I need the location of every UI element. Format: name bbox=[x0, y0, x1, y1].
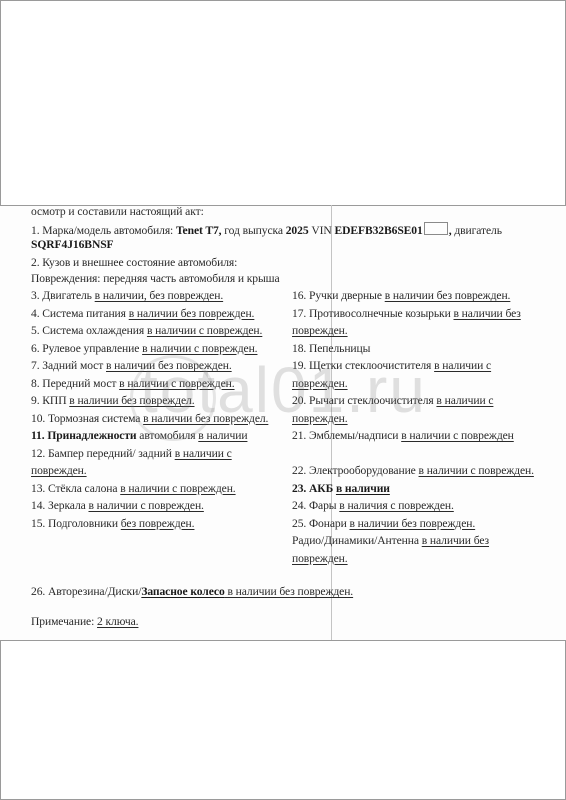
checklist-item: 3. Двигатель в наличии, без поврежден. bbox=[31, 289, 223, 303]
checklist-item: 24. Фары в наличия с поврежден. bbox=[292, 499, 454, 513]
item-value: в наличии с поврежден. bbox=[88, 499, 203, 512]
checklist-item: Радио/Динамики/Антенна в наличии без bbox=[292, 534, 489, 548]
car-model: Tenet T7, bbox=[176, 224, 222, 237]
item-label: 13. Стёкла салона bbox=[31, 482, 120, 495]
checklist-item: 4. Система питания в наличии без поврежд… bbox=[31, 307, 254, 321]
checklist-item: 20. Рычаги стеклоочистителя в наличии с bbox=[292, 394, 493, 408]
item-value: в наличии с поврежден bbox=[401, 429, 514, 442]
item-label: 7. Задний мост bbox=[31, 359, 106, 372]
item-2-damage: Повреждения: передняя часть автомобиля и… bbox=[31, 272, 280, 286]
item-label-bold: 23. АКБ bbox=[292, 482, 336, 495]
checklist-item: 12. Бампер передний/ задний в наличии с bbox=[31, 447, 232, 461]
item-label: 4. Система питания bbox=[31, 307, 129, 320]
item-1-line: 1. Марка/модель автомобиля: Tenet T7, го… bbox=[31, 222, 502, 238]
item-value: в наличии с поврежден. bbox=[147, 324, 262, 337]
checklist-item: 13. Стёкла салона в наличии с поврежден. bbox=[31, 482, 236, 496]
item-label: 24. Фары bbox=[292, 499, 339, 512]
item-value-continued: поврежден. bbox=[31, 464, 87, 478]
item-label: 8. Передний мост bbox=[31, 377, 119, 390]
item-26-line: 26. Авторезина/Диски/Запасное колесо в н… bbox=[31, 585, 353, 599]
intro-text: осмотр и составили настоящий акт: bbox=[31, 205, 204, 219]
item-26-label: 26. Авторезина/Диски/ bbox=[31, 585, 141, 598]
item-value: в наличии с bbox=[175, 447, 232, 460]
item-value: в наличии с bbox=[434, 359, 491, 372]
item-value: в наличии, без поврежден. bbox=[95, 289, 223, 302]
item-2-title: 2. Кузов и внешнее состояние автомобиля: bbox=[31, 256, 237, 270]
item-label: 3. Двигатель bbox=[31, 289, 95, 302]
item-label: 10. Тормозная система bbox=[31, 412, 143, 425]
item-value: в наличии без поврежден. bbox=[385, 289, 511, 302]
checklist-item: 16. Ручки дверные в наличии без поврежде… bbox=[292, 289, 510, 303]
item-value: в наличия с поврежден. bbox=[339, 499, 454, 512]
item-label: 22. Электрооборудование bbox=[292, 464, 419, 477]
item-label: 19. Щетки стеклоочистителя bbox=[292, 359, 434, 372]
item-label: 25. Фонари bbox=[292, 517, 350, 530]
item-value-continued: поврежден. bbox=[292, 412, 348, 426]
note-label: Примечание: bbox=[31, 615, 97, 628]
checklist-item: 25. Фонари в наличии без поврежден. bbox=[292, 517, 475, 531]
item-label: 18. Пепельницы bbox=[292, 342, 370, 355]
item-label-bold: 11. Принадлежности bbox=[31, 429, 137, 442]
vin-number: EDEFB32B6SE01 bbox=[334, 224, 422, 237]
item-value: в наличии bbox=[198, 429, 247, 442]
checklist-item: 11. Принадлежности автомобиля в наличии bbox=[31, 429, 247, 443]
checklist-item: 19. Щетки стеклоочистителя в наличии с bbox=[292, 359, 491, 373]
item-label: 21. Эмблемы/надписи bbox=[292, 429, 401, 442]
checklist-item: 22. Электрооборудование в наличии с повр… bbox=[292, 464, 534, 478]
checklist-item: 18. Пепельницы bbox=[292, 342, 370, 356]
checklist-item: 17. Противосолнечные козырьки в наличии … bbox=[292, 307, 521, 321]
item-value-continued: поврежден. bbox=[292, 552, 348, 566]
item-value: в наличии без bbox=[422, 534, 489, 547]
redacted-area-top bbox=[0, 0, 566, 206]
checklist-item: 15. Подголовники без поврежден. bbox=[31, 517, 194, 531]
vin-label: VIN bbox=[309, 224, 335, 237]
checklist-item: 21. Эмблемы/надписи в наличии с поврежде… bbox=[292, 429, 514, 443]
item-label: 14. Зеркала bbox=[31, 499, 88, 512]
item-label: 16. Ручки дверные bbox=[292, 289, 385, 302]
item-label: 5. Система охлаждения bbox=[31, 324, 147, 337]
item-value: в наличии с bbox=[436, 394, 493, 407]
item-value: в наличии без bbox=[454, 307, 521, 320]
engine-label: двигатель bbox=[452, 224, 502, 237]
item-26-value: в наличии без поврежден. bbox=[225, 585, 353, 598]
item-26-bold: Запасное колесо bbox=[141, 585, 224, 598]
item-value-bold: в наличии bbox=[336, 482, 390, 495]
note-value: 2 ключа. bbox=[97, 615, 138, 628]
item-label: 17. Противосолнечные козырьки bbox=[292, 307, 454, 320]
item-label: 9. КПП bbox=[31, 394, 69, 407]
item-value: в наличии с поврежден. bbox=[120, 482, 235, 495]
item-value: в наличии без поврежден. bbox=[129, 307, 255, 320]
item-label: 6. Рулевое управление bbox=[31, 342, 142, 355]
year-label: год выпуска bbox=[221, 224, 285, 237]
redacted-area-bottom bbox=[0, 640, 566, 800]
item-value: в наличии без поврежден. bbox=[350, 517, 476, 530]
watermark-logo-icon bbox=[130, 355, 216, 441]
engine-number: SQRF4J16BNSF bbox=[31, 238, 114, 252]
note-line: Примечание: 2 ключа. bbox=[31, 615, 138, 629]
checklist-item: 5. Система охлаждения в наличии с повреж… bbox=[31, 324, 262, 338]
checklist-item: 6. Рулевое управление в наличии с повреж… bbox=[31, 342, 257, 356]
item-value: в наличии с поврежден. bbox=[419, 464, 534, 477]
item-value-continued: поврежден. bbox=[292, 377, 348, 391]
item-value: без поврежден. bbox=[121, 517, 195, 530]
item-label: Радио/Динамики/Антенна bbox=[292, 534, 422, 547]
item-1-prefix: 1. Марка/модель автомобиля: bbox=[31, 224, 176, 237]
item-label: 20. Рычаги стеклоочистителя bbox=[292, 394, 436, 407]
checklist-item: 14. Зеркала в наличии с поврежден. bbox=[31, 499, 204, 513]
vin-redaction-box bbox=[424, 222, 448, 235]
item-label: 12. Бампер передний/ задний bbox=[31, 447, 175, 460]
checklist-item: 23. АКБ в наличии bbox=[292, 482, 390, 496]
car-year: 2025 bbox=[286, 224, 309, 237]
item-value-continued: поврежден. bbox=[292, 324, 348, 338]
document-page: осмотр и составили настоящий акт: 1. Мар… bbox=[0, 205, 566, 640]
item-value: в наличии с поврежден. bbox=[142, 342, 257, 355]
item-label: 15. Подголовники bbox=[31, 517, 121, 530]
